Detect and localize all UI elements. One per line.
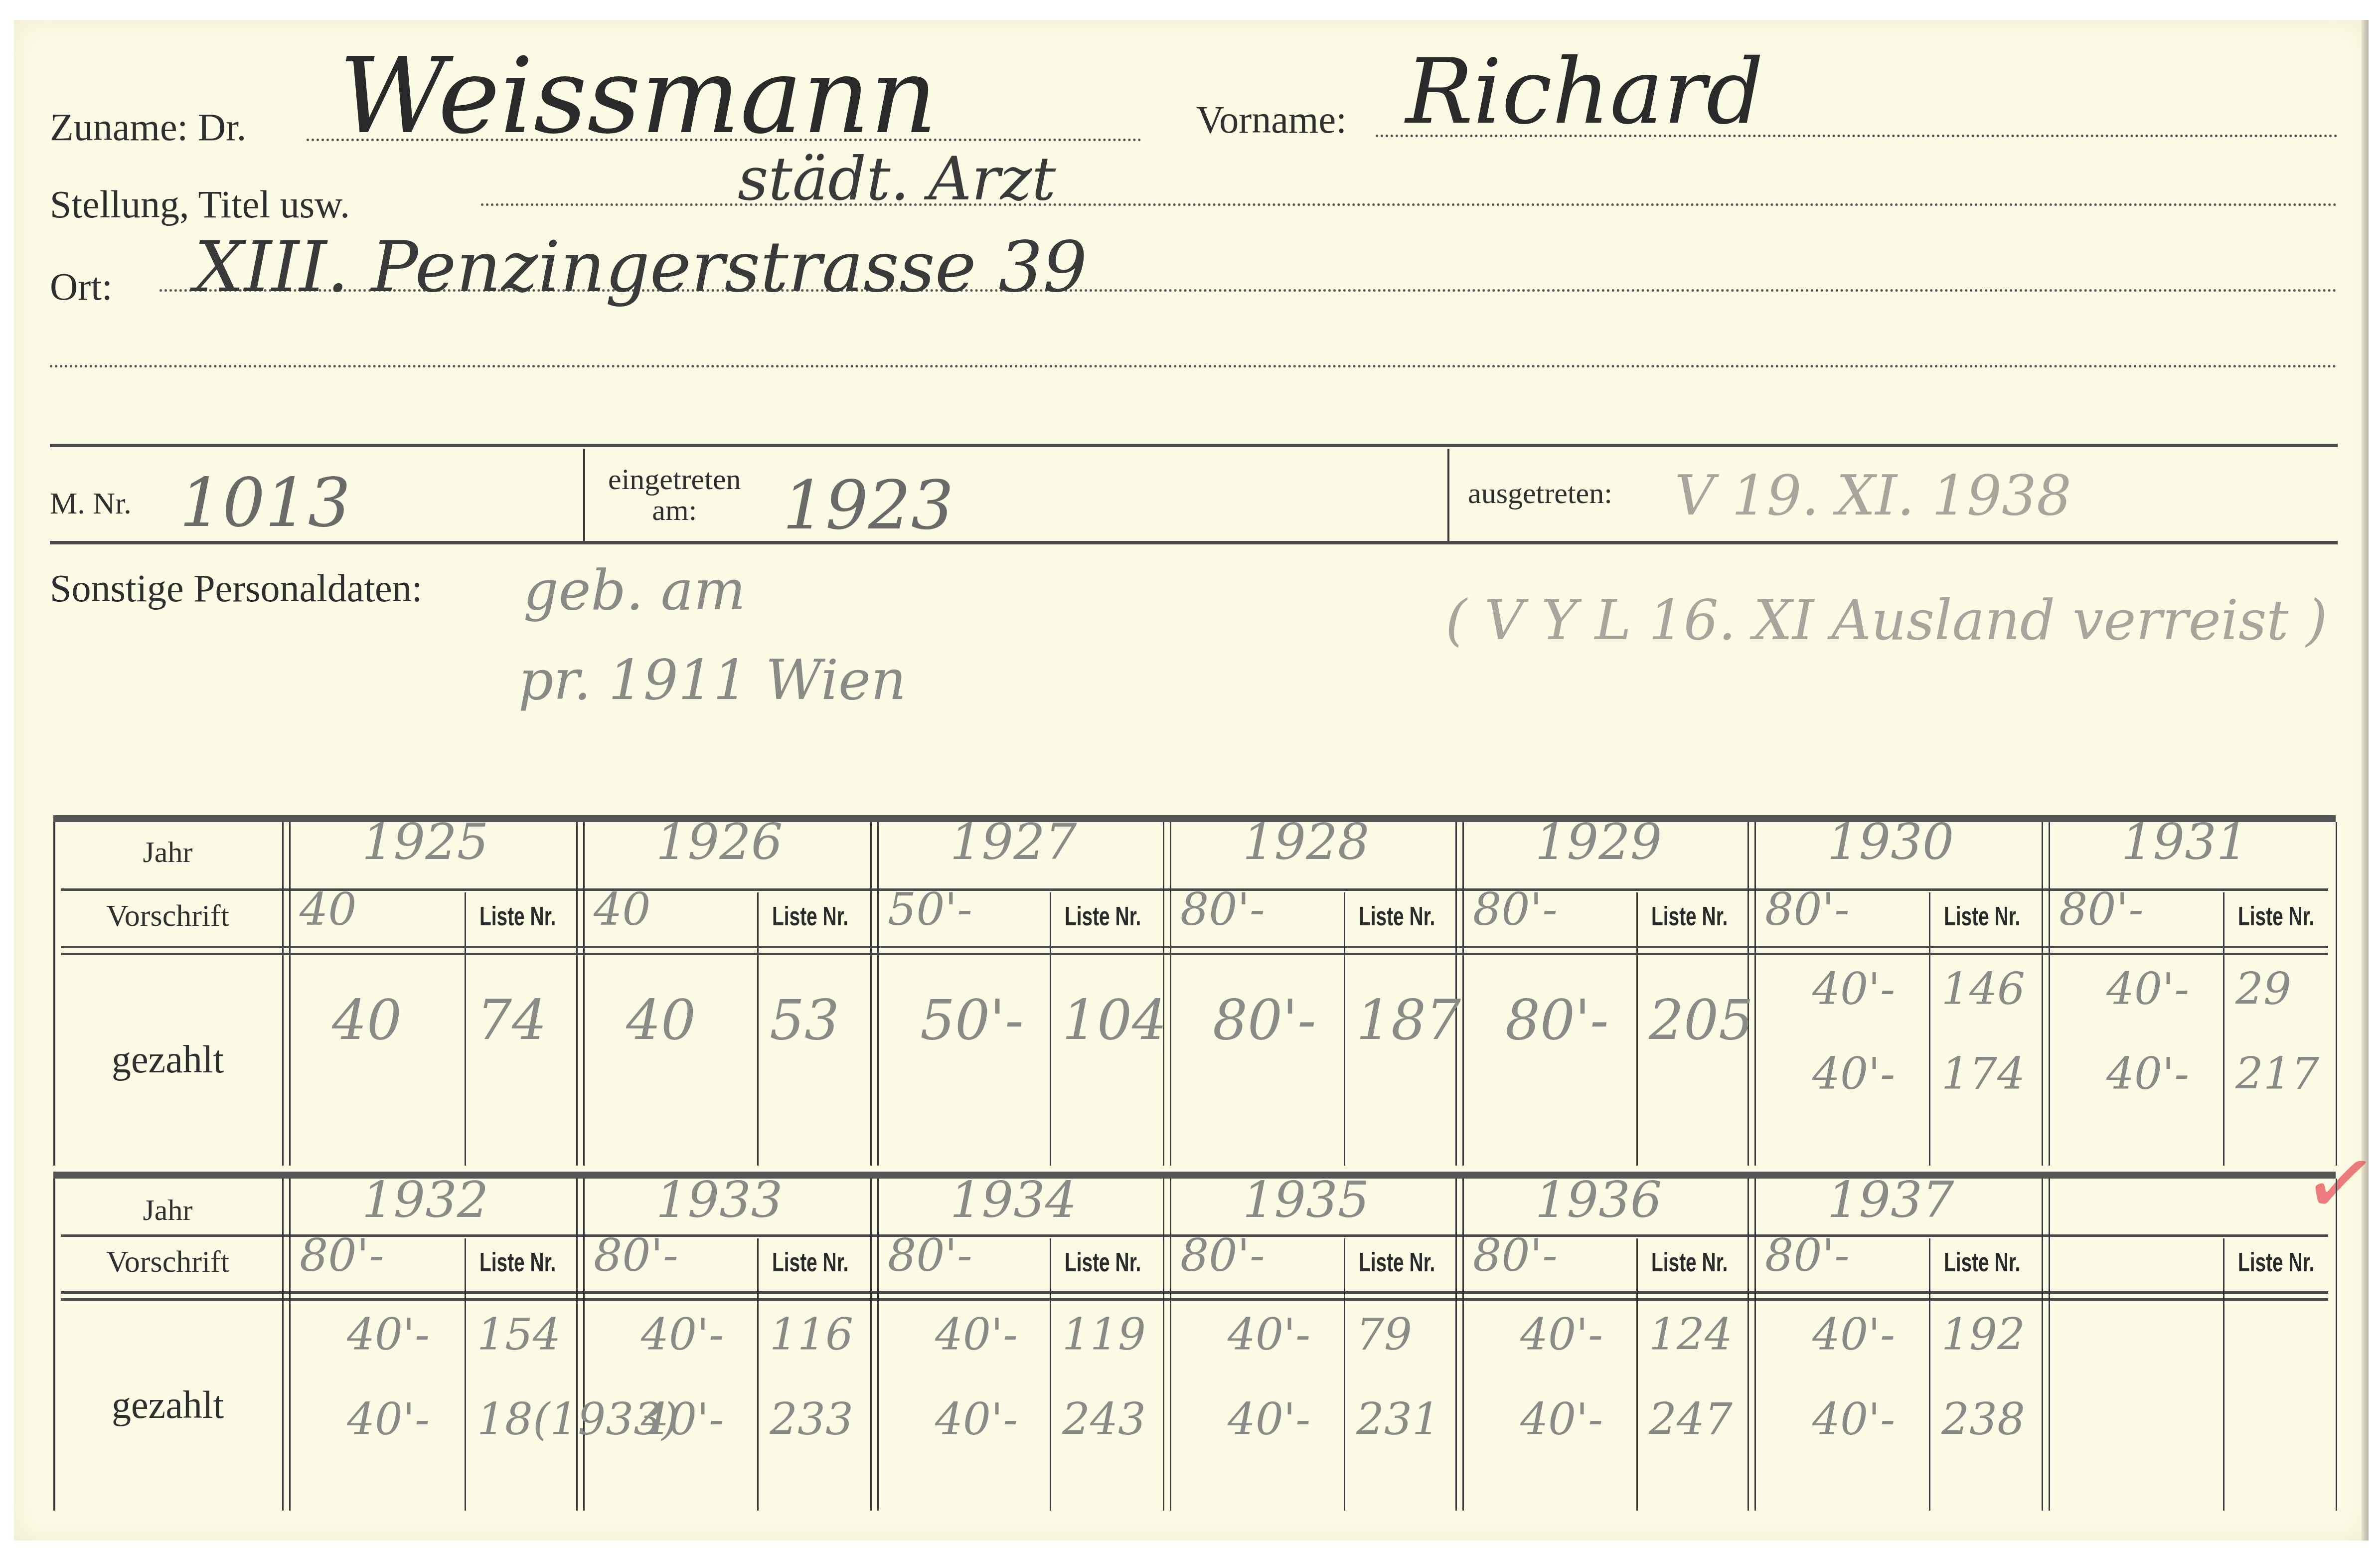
group-divider bbox=[289, 822, 291, 1166]
liste-nr-label: Liste Nr. bbox=[1944, 901, 2020, 932]
group-divider bbox=[870, 1179, 872, 1511]
list-number: 243 bbox=[1062, 1393, 1146, 1445]
prescribed-value: 80'- bbox=[1180, 1229, 1265, 1282]
group-divider bbox=[2042, 822, 2043, 1166]
group-divider bbox=[1170, 822, 1171, 1166]
list-number: 192 bbox=[1941, 1309, 2025, 1360]
prescribed-value: 80'- bbox=[1473, 1229, 1558, 1282]
ledger-left-border bbox=[53, 822, 55, 1166]
liste-nr-label: Liste Nr. bbox=[1359, 1247, 1435, 1278]
list-number: 53 bbox=[770, 988, 839, 1052]
paid-amount: 40'- bbox=[935, 1393, 1018, 1445]
member-divider-2 bbox=[1447, 449, 1449, 541]
paid-amount: 40 bbox=[626, 988, 696, 1052]
liste-nr-label: Liste Nr. bbox=[772, 1247, 848, 1278]
group-divider bbox=[1747, 1179, 1749, 1511]
liste-nr-label: Liste Nr. bbox=[1065, 901, 1141, 932]
liste-divider bbox=[757, 892, 759, 1166]
other-data-label: Sonstige Personaldaten: bbox=[50, 566, 422, 611]
surname-label: Zuname: Dr. bbox=[50, 105, 246, 150]
prescribed-value: 40 bbox=[594, 883, 651, 936]
year-value: 1928 bbox=[1243, 813, 1370, 871]
paid-amount: 40'- bbox=[347, 1393, 430, 1445]
row-label-year: Jahr bbox=[53, 1193, 282, 1227]
member-row-bottom-rule bbox=[50, 541, 2338, 544]
liste-divider bbox=[1344, 892, 1345, 1166]
liste-divider bbox=[1344, 1238, 1345, 1511]
liste-divider bbox=[2223, 892, 2224, 1166]
joined-value: 1923 bbox=[783, 466, 954, 544]
row-label-paid: gezahlt bbox=[53, 1037, 282, 1082]
liste-nr-label: Liste Nr. bbox=[2238, 1247, 2314, 1278]
liste-divider bbox=[465, 1238, 466, 1511]
list-number: 233 bbox=[770, 1393, 853, 1445]
paid-amount: 40'- bbox=[1812, 1309, 1895, 1360]
row-label-prescribed: Vorschrift bbox=[53, 898, 282, 934]
place-value: XIII. Penzingerstrasse 39 bbox=[194, 227, 1087, 308]
joined-label-line2: am: bbox=[608, 495, 741, 525]
list-number: 146 bbox=[1941, 963, 2025, 1015]
surname-value: Weissmann bbox=[339, 35, 938, 157]
member-divider-1 bbox=[583, 449, 585, 541]
prescribed-value: 80'- bbox=[2059, 883, 2144, 936]
year-value: 1929 bbox=[1535, 813, 1662, 871]
paid-amount: 40'- bbox=[2106, 963, 2189, 1015]
liste-nr-label: Liste Nr. bbox=[1651, 901, 1728, 932]
list-number: 29 bbox=[2235, 963, 2291, 1015]
year-value: 1934 bbox=[950, 1171, 1077, 1229]
paid-amount: 80'- bbox=[1505, 988, 1608, 1052]
prescribed-value: 80'- bbox=[594, 1229, 678, 1282]
list-number: 119 bbox=[1062, 1309, 1146, 1360]
left-label: ausgetreten: bbox=[1468, 476, 1612, 511]
paid-amount: 80'- bbox=[1213, 988, 1316, 1052]
list-number: 187 bbox=[1356, 988, 1461, 1052]
liste-divider bbox=[1636, 892, 1638, 1166]
other-data-line2: pr. 1911 Wien bbox=[518, 648, 906, 712]
list-number: 247 bbox=[1649, 1393, 1733, 1445]
list-number: 174 bbox=[1941, 1048, 2025, 1099]
group-divider bbox=[877, 1179, 879, 1511]
group-divider bbox=[576, 822, 578, 1166]
paid-amount: 40'- bbox=[1812, 1048, 1895, 1099]
liste-divider bbox=[2223, 1238, 2224, 1511]
liste-divider bbox=[757, 1238, 759, 1511]
list-number: 205 bbox=[1649, 988, 1753, 1052]
group-divider bbox=[1462, 822, 1464, 1166]
list-number: 238 bbox=[1941, 1393, 2025, 1445]
group-divider bbox=[2049, 822, 2050, 1166]
group-divider bbox=[1754, 1179, 1756, 1511]
paid-amount: 40'- bbox=[935, 1309, 1018, 1360]
year-value: 1932 bbox=[362, 1171, 489, 1229]
prescribed-row-rule-2 bbox=[61, 1298, 2328, 1301]
liste-divider bbox=[465, 892, 466, 1166]
year-value: 1933 bbox=[656, 1171, 783, 1229]
prescribed-row-rule-2 bbox=[61, 953, 2328, 955]
prescribed-row-rule-1 bbox=[61, 1291, 2328, 1294]
paid-amount: 40'- bbox=[1812, 963, 1895, 1015]
group-divider bbox=[870, 822, 872, 1166]
prescribed-value: 80'- bbox=[300, 1229, 384, 1282]
paid-amount: 40'- bbox=[641, 1309, 724, 1360]
prescribed-value: 40 bbox=[300, 883, 357, 936]
group-divider bbox=[1754, 822, 1756, 1166]
prescribed-value: 80'- bbox=[1765, 1229, 1850, 1282]
liste-nr-label: Liste Nr. bbox=[479, 901, 556, 932]
liste-nr-label: Liste Nr. bbox=[1065, 1247, 1141, 1278]
group-divider bbox=[282, 1179, 284, 1511]
row-label-prescribed: Vorschrift bbox=[53, 1244, 282, 1280]
ledger-left-border bbox=[53, 1179, 55, 1511]
list-number: 116 bbox=[770, 1309, 853, 1360]
year-value: 1935 bbox=[1243, 1171, 1370, 1229]
member-no-value: 1013 bbox=[179, 464, 351, 542]
list-number: 74 bbox=[477, 988, 547, 1052]
liste-divider bbox=[1929, 1238, 1930, 1511]
remark-note: ( V Y L 16. XI Ausland verreist ) bbox=[1445, 588, 2327, 652]
year-value: 1937 bbox=[1827, 1171, 1954, 1229]
year-value: 1927 bbox=[950, 813, 1077, 871]
liste-nr-label: Liste Nr. bbox=[2238, 901, 2314, 932]
liste-nr-label: Liste Nr. bbox=[1944, 1247, 2020, 1278]
liste-divider bbox=[1050, 1238, 1051, 1511]
paid-amount: 40'- bbox=[1228, 1309, 1310, 1360]
liste-divider bbox=[1050, 892, 1051, 1166]
paid-amount: 40 bbox=[332, 988, 402, 1052]
list-number: 154 bbox=[477, 1309, 561, 1360]
firstname-value: Richard bbox=[1406, 40, 1763, 144]
prescribed-value: 80'- bbox=[1473, 883, 1558, 936]
group-divider bbox=[576, 1179, 578, 1511]
joined-label-line1: eingetreten bbox=[608, 464, 741, 495]
card-edge-shadow bbox=[2362, 20, 2369, 1541]
group-divider bbox=[1462, 1179, 1464, 1511]
paid-amount: 40'- bbox=[347, 1309, 430, 1360]
position-value: städt. Arzt bbox=[738, 145, 1056, 214]
group-divider bbox=[282, 822, 284, 1166]
paid-amount: 40'- bbox=[1520, 1309, 1603, 1360]
paid-amount: 40'- bbox=[2106, 1048, 2189, 1099]
group-divider bbox=[1170, 1179, 1171, 1511]
list-number: 79 bbox=[1356, 1309, 1412, 1360]
list-number: 217 bbox=[2235, 1048, 2319, 1099]
group-divider bbox=[583, 1179, 585, 1511]
year-value: 1931 bbox=[2121, 813, 2248, 871]
member-no-label: M. Nr. bbox=[50, 486, 132, 521]
blank-line bbox=[50, 365, 2338, 367]
red-check-mark: ✓ bbox=[2296, 1127, 2380, 1241]
paid-amount: 40'- bbox=[1520, 1393, 1603, 1445]
list-number: 104 bbox=[1062, 988, 1167, 1052]
year-value: 1926 bbox=[656, 813, 783, 871]
prescribed-value: 80'- bbox=[1765, 883, 1850, 936]
left-value: V 19. XI. 1938 bbox=[1675, 464, 2071, 527]
other-data-line1: geb. am bbox=[523, 558, 746, 622]
liste-nr-label: Liste Nr. bbox=[1359, 901, 1435, 932]
group-divider bbox=[877, 822, 879, 1166]
liste-divider bbox=[1929, 892, 1930, 1166]
group-divider bbox=[1163, 1179, 1164, 1511]
list-number: 231 bbox=[1356, 1393, 1440, 1445]
prescribed-value: 50'- bbox=[888, 883, 972, 936]
member-row-top-rule bbox=[50, 444, 2338, 447]
position-label: Stellung, Titel usw. bbox=[50, 182, 350, 227]
paid-amount: 40'- bbox=[641, 1393, 724, 1445]
liste-nr-label: Liste Nr. bbox=[1651, 1247, 1728, 1278]
group-divider bbox=[289, 1179, 291, 1511]
year-value: 1925 bbox=[362, 813, 489, 871]
joined-label: eingetreten am: bbox=[608, 464, 741, 525]
paid-amount: 50'- bbox=[920, 988, 1023, 1052]
year-value: 1930 bbox=[1827, 813, 1954, 871]
list-number: 124 bbox=[1649, 1309, 1733, 1360]
group-divider bbox=[2042, 1179, 2043, 1511]
place-label: Ort: bbox=[50, 264, 113, 309]
row-label-paid: gezahlt bbox=[53, 1382, 282, 1427]
group-divider bbox=[583, 822, 585, 1166]
firstname-label: Vorname: bbox=[1196, 97, 1347, 142]
liste-nr-label: Liste Nr. bbox=[772, 901, 848, 932]
paid-amount: 40'- bbox=[1228, 1393, 1310, 1445]
liste-divider bbox=[1636, 1238, 1638, 1511]
prescribed-row-rule-1 bbox=[61, 946, 2328, 948]
group-divider bbox=[2336, 822, 2337, 1166]
group-divider bbox=[1455, 1179, 1457, 1511]
prescribed-value: 80'- bbox=[1180, 883, 1265, 936]
prescribed-value: 80'- bbox=[888, 1229, 972, 1282]
group-divider bbox=[2049, 1179, 2050, 1511]
group-divider bbox=[2336, 1179, 2337, 1511]
year-value: 1936 bbox=[1535, 1171, 1662, 1229]
liste-nr-label: Liste Nr. bbox=[479, 1247, 556, 1278]
paid-amount: 40'- bbox=[1812, 1393, 1895, 1445]
row-label-year: Jahr bbox=[53, 835, 282, 869]
